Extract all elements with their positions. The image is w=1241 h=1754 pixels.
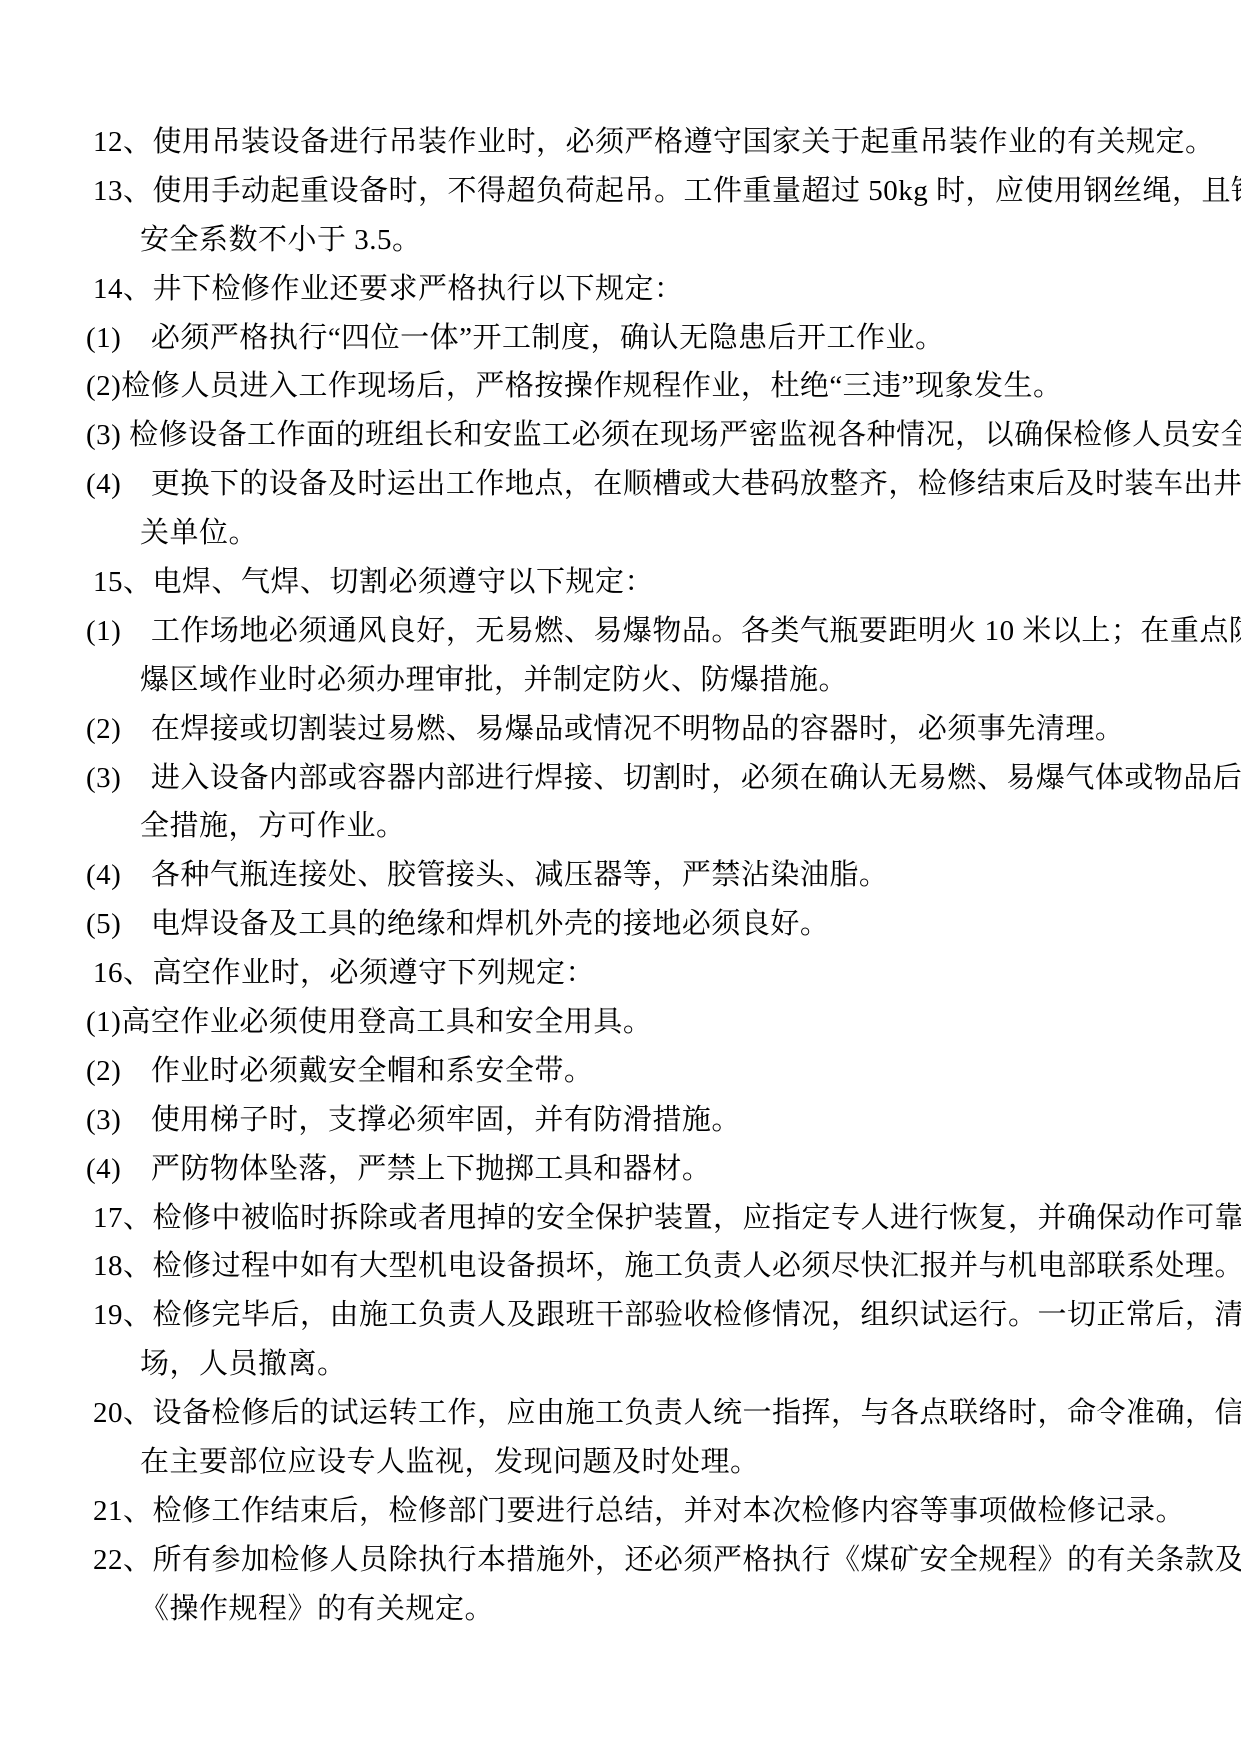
- text-line: 19、检修完毕后，由施工负责人及跟班干部验收检修情况，组织试运行。一切正常后，清…: [0, 1291, 1241, 1340]
- text-line: 13、使用手动起重设备时，不得超负荷起吊。工件重量超过 50kg 时，应使用钢丝…: [0, 167, 1241, 216]
- text-line: (3) 检修设备工作面的班组长和安监工必须在现场严密监视各种情况，以确保检修人员…: [0, 411, 1241, 460]
- text-line: (1) 必须严格执行“四位一体”开工制度，确认无隐患后开工作业。: [0, 314, 1241, 363]
- text-line: 17、检修中被临时拆除或者甩掉的安全保护装置，应指定专人进行恢复，并确保动作可靠…: [0, 1194, 1241, 1243]
- text-line: (4) 各种气瓶连接处、胶管接头、减压器等，严禁沾染油脂。: [0, 851, 1241, 900]
- text-line: (3) 进入设备内部或容器内部进行焊接、切割时，必须在确认无易燃、易爆气体或物品…: [0, 754, 1241, 803]
- text-line: 在主要部位应设专人监视，发现问题及时处理。: [0, 1438, 1241, 1487]
- text-line: 12、使用吊装设备进行吊装作业时，必须严格遵守国家关于起重吊装作业的有关规定。: [0, 118, 1241, 167]
- text-line: (1)高空作业必须使用登高工具和安全用具。: [0, 998, 1241, 1047]
- text-line: 爆区域作业时必须办理审批，并制定防火、防爆措施。: [0, 656, 1241, 705]
- text-line: (2)检修人员进入工作现场后，严格按操作规程作业，杜绝“三违”现象发生。: [0, 362, 1241, 411]
- document-body: 12、使用吊装设备进行吊装作业时，必须严格遵守国家关于起重吊装作业的有关规定。 …: [0, 118, 1241, 1634]
- text-line: 16、高空作业时，必须遵守下列规定：: [0, 949, 1241, 998]
- text-line: (3) 使用梯子时，支撑必须牢固，并有防滑措施。: [0, 1096, 1241, 1145]
- text-line: (4) 更换下的设备及时运出工作地点，在顺槽或大巷码放整齐，检修结束后及时装车出…: [0, 460, 1241, 509]
- text-line: 21、检修工作结束后，检修部门要进行总结，并对本次检修内容等事项做检修记录。: [0, 1487, 1241, 1536]
- text-line: 安全系数不小于 3.5。: [0, 216, 1241, 265]
- text-line: 20、设备检修后的试运转工作，应由施工负责人统一指挥，与各点联络时，命令准确，信…: [0, 1389, 1241, 1438]
- text-line: 关单位。: [0, 509, 1241, 558]
- text-line: 22、所有参加检修人员除执行本措施外，还必须严格执行《煤矿安全规程》的有关条款及…: [0, 1536, 1241, 1585]
- text-line: (5) 电焊设备及工具的绝缘和焊机外壳的接地必须良好。: [0, 900, 1241, 949]
- safety-regulations-document: 12、使用吊装设备进行吊装作业时，必须严格遵守国家关于起重吊装作业的有关规定。 …: [0, 0, 1241, 1754]
- text-line: 15、电焊、气焊、切割必须遵守以下规定：: [0, 558, 1241, 607]
- text-line: (2) 作业时必须戴安全帽和系安全带。: [0, 1047, 1241, 1096]
- text-line: (1) 工作场地必须通风良好，无易燃、易爆物品。各类气瓶要距明火 10 米以上；…: [0, 607, 1241, 656]
- text-line: 14、井下检修作业还要求严格执行以下规定：: [0, 265, 1241, 314]
- text-line: 《操作规程》的有关规定。: [0, 1585, 1241, 1634]
- text-line: (4) 严防物体坠落，严禁上下抛掷工具和器材。: [0, 1145, 1241, 1194]
- text-line: 全措施，方可作业。: [0, 802, 1241, 851]
- text-line: 18、检修过程中如有大型机电设备损坏，施工负责人必须尽快汇报并与机电部联系处理。: [0, 1242, 1241, 1291]
- text-line: (2) 在焊接或切割装过易燃、易爆品或情况不明物品的容器时，必须事先清理。: [0, 705, 1241, 754]
- text-line: 场，人员撤离。: [0, 1340, 1241, 1389]
